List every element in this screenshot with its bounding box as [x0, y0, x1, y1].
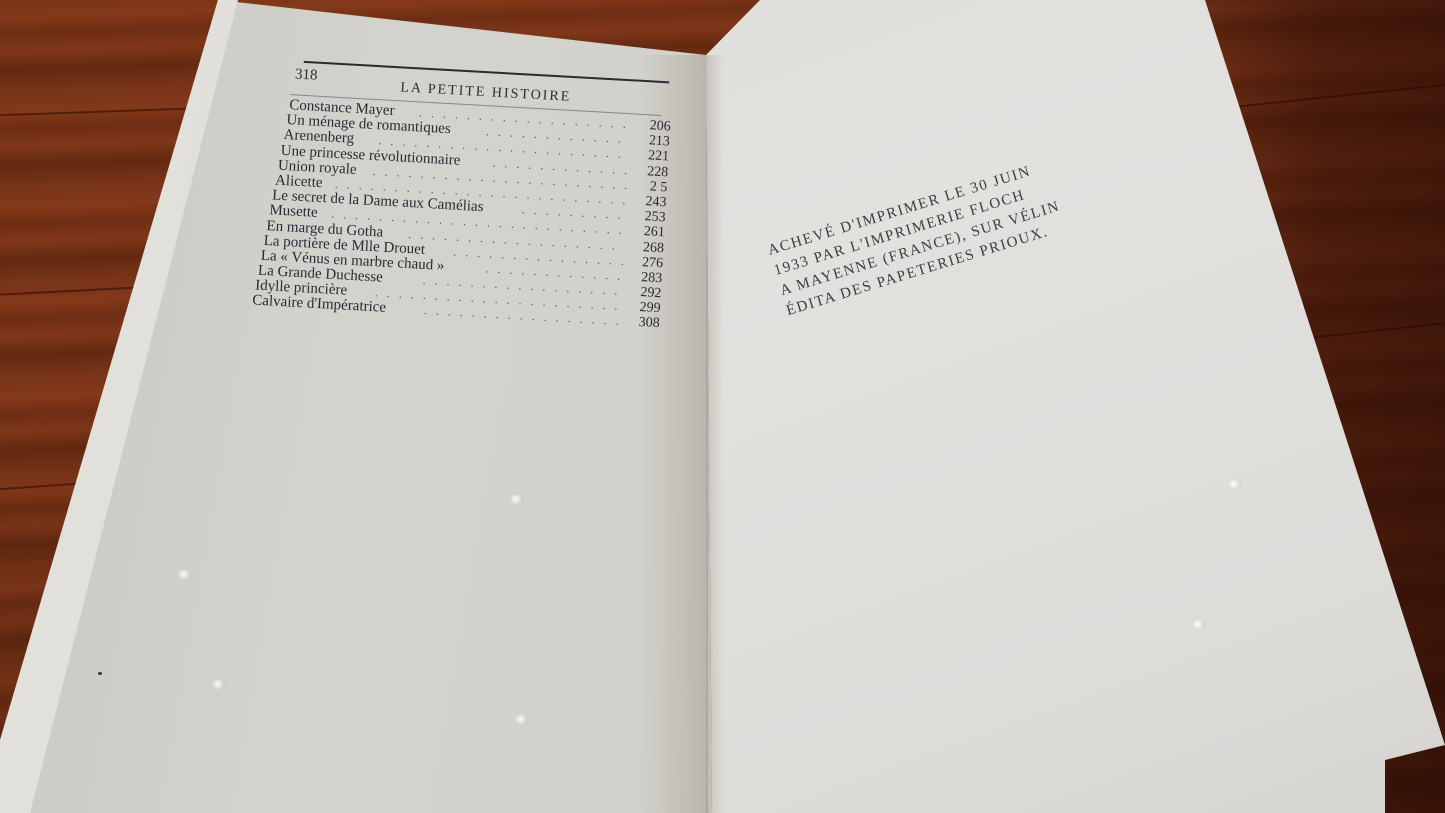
toc-entry-page: 221 [648, 149, 670, 165]
plank-seam [0, 286, 140, 295]
toc-entry-page: 268 [643, 240, 665, 256]
table-of-contents: 318 LA PETITE HISTOIRE Constance Mayer .… [238, 56, 663, 331]
toc-list: Constance Mayer ........................… [238, 96, 661, 331]
toc-entry-page: 308 [638, 315, 660, 331]
paper-speck [98, 672, 102, 675]
paper-dimple [1192, 620, 1206, 630]
toc-entry-page: 283 [641, 270, 663, 286]
paper-dimple [178, 570, 192, 580]
paper-dimple [212, 680, 226, 690]
paper-dimple [515, 715, 529, 725]
toc-entry-page: 2 5 [649, 179, 667, 195]
paper-dimple [1228, 480, 1242, 490]
toc-entry-page: 261 [643, 224, 665, 240]
toc-entry-page: 228 [647, 164, 669, 180]
toc-entry-page: 253 [644, 209, 666, 225]
toc-entry-page: 206 [649, 118, 671, 134]
toc-entry-page: 276 [642, 255, 664, 271]
paper-dimple [510, 495, 524, 505]
toc-entry-page: 213 [648, 133, 670, 149]
toc-entry-page: 243 [645, 194, 667, 210]
page-number: 318 [295, 66, 318, 84]
toc-entry-page: 292 [640, 285, 662, 301]
right-page-shadow [706, 55, 724, 813]
toc-entry-page: 299 [639, 300, 661, 316]
